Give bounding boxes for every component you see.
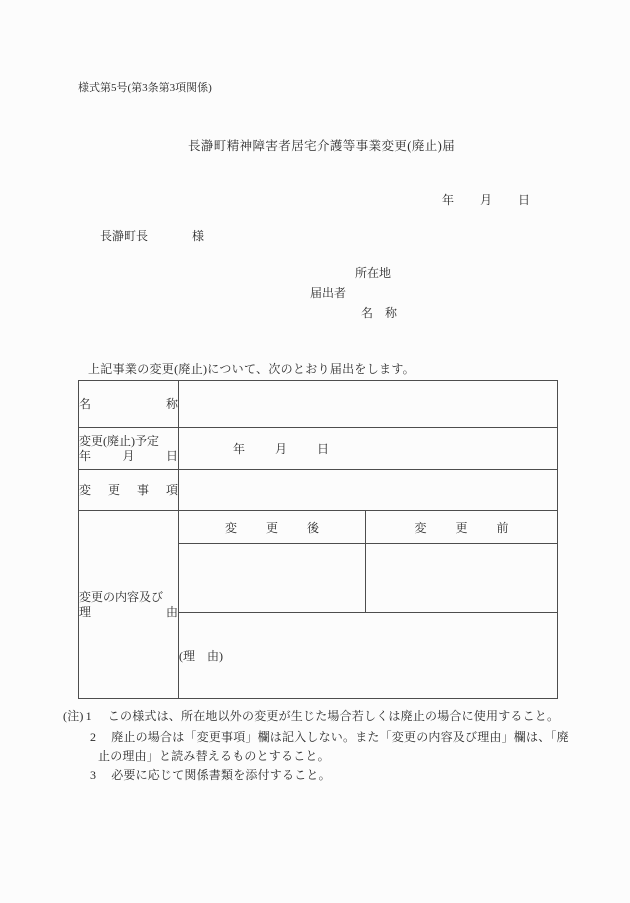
form-number: 様式第5号(第3条第3項関係) (78, 79, 212, 95)
change-label-line2: 理由 (79, 605, 178, 620)
note-2-text: 廃止の場合は「変更事項」欄は記入しない。また「変更の内容及び理由」欄は、「廃 (111, 730, 569, 744)
addressee-line: 長瀞町長様 (100, 227, 204, 244)
date-field: 年月日 (442, 191, 530, 208)
before-value-cell (366, 544, 558, 613)
submitter-name-label: 名 称 (361, 304, 397, 321)
after-value-cell (179, 544, 366, 613)
date-label-cell: 変更(廃止)予定 年月日 (79, 428, 179, 470)
submitter-address-label: 所在地 (355, 264, 391, 281)
name-label: 名称 (79, 397, 178, 412)
name-label-cell: 名称 (79, 381, 179, 428)
date-label-line1: 変更(廃止)予定 (79, 434, 178, 449)
notes-prefix: (注) (63, 709, 84, 723)
items-label: 変更事項 (79, 483, 178, 498)
intro-sentence: 上記事業の変更(廃止)について、次のとおり届出をします。 (88, 360, 415, 377)
note-3-text: 必要に応じて関係書類を添付すること。 (111, 768, 331, 782)
reason-label: (理 由) (179, 649, 223, 663)
before-header: 変更前 (415, 519, 509, 536)
document-title: 長瀞町精神障害者居宅介護等事業変更(廃止)届 (188, 136, 455, 154)
reason-cell: (理 由) (179, 613, 558, 699)
form-table: 名称 変更(廃止)予定 年月日 年月日 変更事項 変更の内容及び 理由 (78, 380, 558, 699)
table-row-change-header: 変更の内容及び 理由 変更後 変更前 (79, 511, 558, 544)
note-line-3: 3必要に応じて関係書類を添付すること。 (90, 766, 331, 783)
addressee-honorific: 様 (192, 229, 204, 243)
addressee-name: 長瀞町長 (100, 229, 148, 243)
before-header-cell: 変更前 (366, 511, 558, 544)
table-row-date: 変更(廃止)予定 年月日 年月日 (79, 428, 558, 470)
date-value-cell: 年月日 (179, 428, 558, 470)
after-header: 変更後 (225, 519, 319, 536)
items-value-cell (179, 470, 558, 511)
form-page: 様式第5号(第3条第3項関係) 長瀞町精神障害者居宅介護等事業変更(廃止)届 年… (0, 0, 630, 903)
note-2-number: 2 (90, 730, 96, 744)
note-line-1: (注)1この様式は、所在地以外の変更が生じた場合若しくは廃止の場合に使用すること… (63, 707, 559, 724)
note-1-text: この様式は、所在地以外の変更が生じた場合若しくは廃止の場合に使用すること。 (108, 709, 559, 723)
note-1-number: 1 (86, 709, 92, 723)
submitter-declarer-label: 届出者 (310, 284, 346, 301)
change-label-cell: 変更の内容及び 理由 (79, 511, 179, 699)
note-line-2-continuation: 止の理由」と読み替えるものとすること。 (98, 747, 330, 764)
name-value-cell (179, 381, 558, 428)
table-row-items: 変更事項 (79, 470, 558, 511)
date-value-field: 年月日 (233, 440, 329, 457)
table-row-name: 名称 (79, 381, 558, 428)
items-label-cell: 変更事項 (79, 470, 179, 511)
after-header-cell: 変更後 (179, 511, 366, 544)
note-line-2: 2廃止の場合は「変更事項」欄は記入しない。また「変更の内容及び理由」欄は、「廃 (90, 728, 569, 745)
date-label-line2: 年月日 (79, 449, 178, 464)
note-3-number: 3 (90, 768, 96, 782)
change-label-line1: 変更の内容及び (79, 590, 178, 605)
